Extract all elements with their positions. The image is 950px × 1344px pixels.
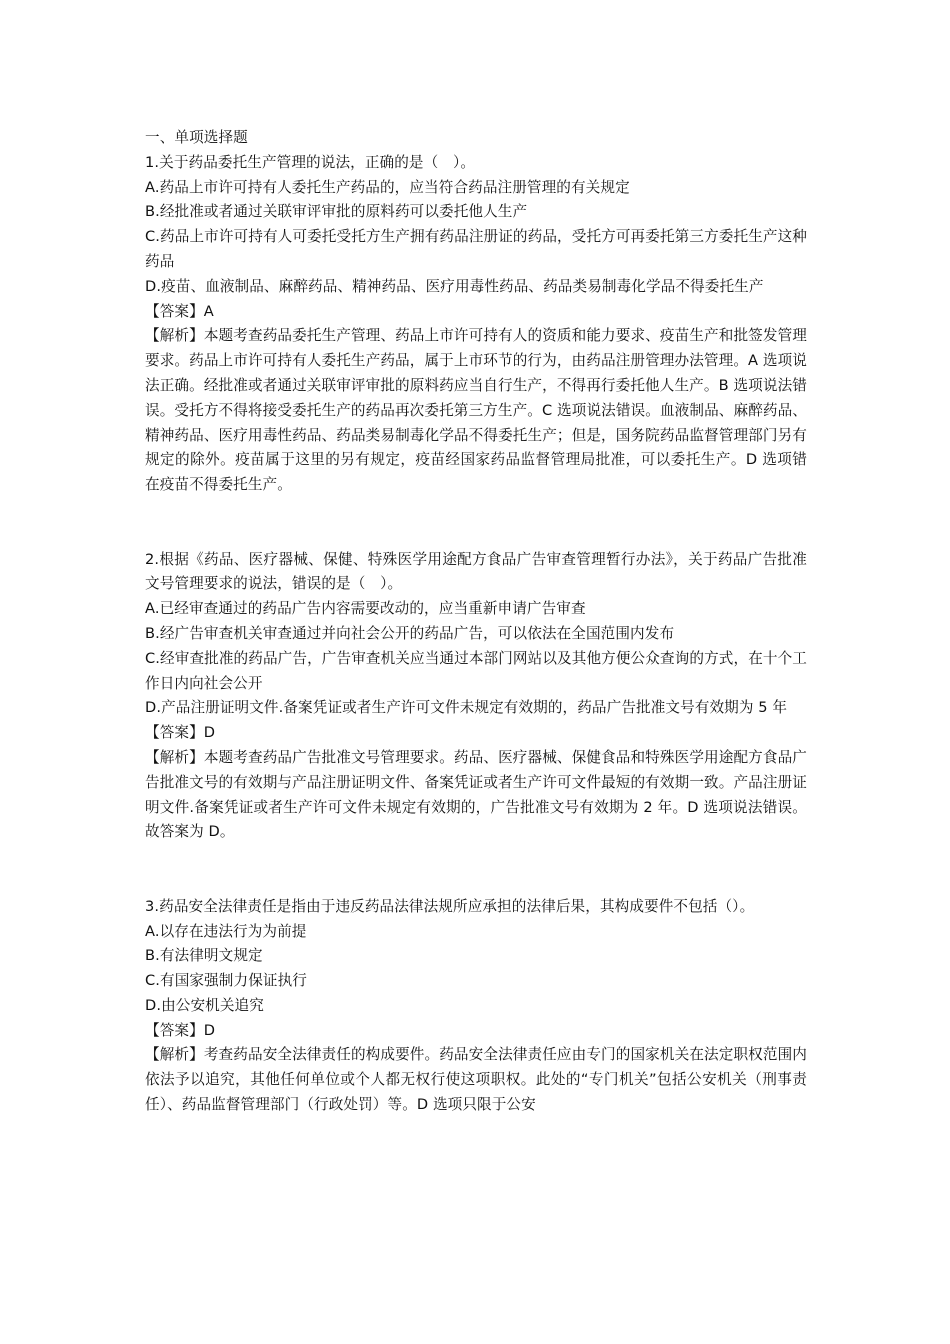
analysis: 【解析】本题考查药品委托生产管理、药品上市许可持有人的资质和能力要求、疫苗生产和…	[145, 324, 807, 498]
analysis: 【解析】考查药品安全法律责任的构成要件。药品安全法律责任应由专门的国家机关在法定…	[145, 1043, 807, 1117]
question-3: 3.药品安全法律责任是指由于违反药品法律法规所应承担的法律后果，其构成要件不包括…	[145, 895, 807, 1118]
spacer	[145, 523, 807, 548]
option-d: D.产品注册证明文件.备案凭证或者生产许可文件未规定有效期的，药品广告批准文号有…	[145, 696, 807, 721]
analysis: 【解析】本题考查药品广告批准文号管理要求。药品、医疗器械、保健食品和特殊医学用途…	[145, 746, 807, 845]
option-b: B.有法律明文规定	[145, 944, 807, 969]
question-2: 2.根据《药品、医疗器械、保健、特殊医学用途配方食品广告审查管理暂行办法》，关于…	[145, 548, 807, 846]
section-title: 一、单项选择题	[145, 126, 807, 151]
option-a: A.以存在违法行为为前提	[145, 920, 807, 945]
option-c: C.药品上市许可持有人可委托受托方生产拥有药品注册证的药品，受托方可再委托第三方…	[145, 225, 807, 275]
spacer	[145, 498, 807, 523]
answer: 【答案】D	[145, 721, 807, 746]
question-stem: 3.药品安全法律责任是指由于违反药品法律法规所应承担的法律后果，其构成要件不包括…	[145, 895, 807, 920]
option-a: A.药品上市许可持有人委托生产药品的，应当符合药品注册管理的有关规定	[145, 176, 807, 201]
answer: 【答案】A	[145, 300, 807, 325]
option-d: D.由公安机关追究	[145, 994, 807, 1019]
spacer	[145, 870, 807, 895]
option-b: B.经批准或者通过关联审评审批的原料药可以委托他人生产	[145, 200, 807, 225]
option-b: B.经广告审查机关审查通过并向社会公开的药品广告，可以依法在全国范围内发布	[145, 622, 807, 647]
answer: 【答案】D	[145, 1019, 807, 1044]
option-d: D.疫苗、血液制品、麻醉药品、精神药品、医疗用毒性药品、药品类易制毒化学品不得委…	[145, 275, 807, 300]
option-a: A.已经审查通过的药品广告内容需要改动的，应当重新申请广告审查	[145, 597, 807, 622]
question-stem: 2.根据《药品、医疗器械、保健、特殊医学用途配方食品广告审查管理暂行办法》，关于…	[145, 548, 807, 598]
document-page: 一、单项选择题 1.关于药品委托生产管理的说法，正确的是（ ）。 A.药品上市许…	[145, 126, 807, 1118]
option-c: C.有国家强制力保证执行	[145, 969, 807, 994]
spacer	[145, 845, 807, 870]
question-stem: 1.关于药品委托生产管理的说法，正确的是（ ）。	[145, 151, 807, 176]
option-c: C.经审查批准的药品广告，广告审查机关应当通过本部门网站以及其他方便公众查询的方…	[145, 647, 807, 697]
question-1: 1.关于药品委托生产管理的说法，正确的是（ ）。 A.药品上市许可持有人委托生产…	[145, 151, 807, 498]
